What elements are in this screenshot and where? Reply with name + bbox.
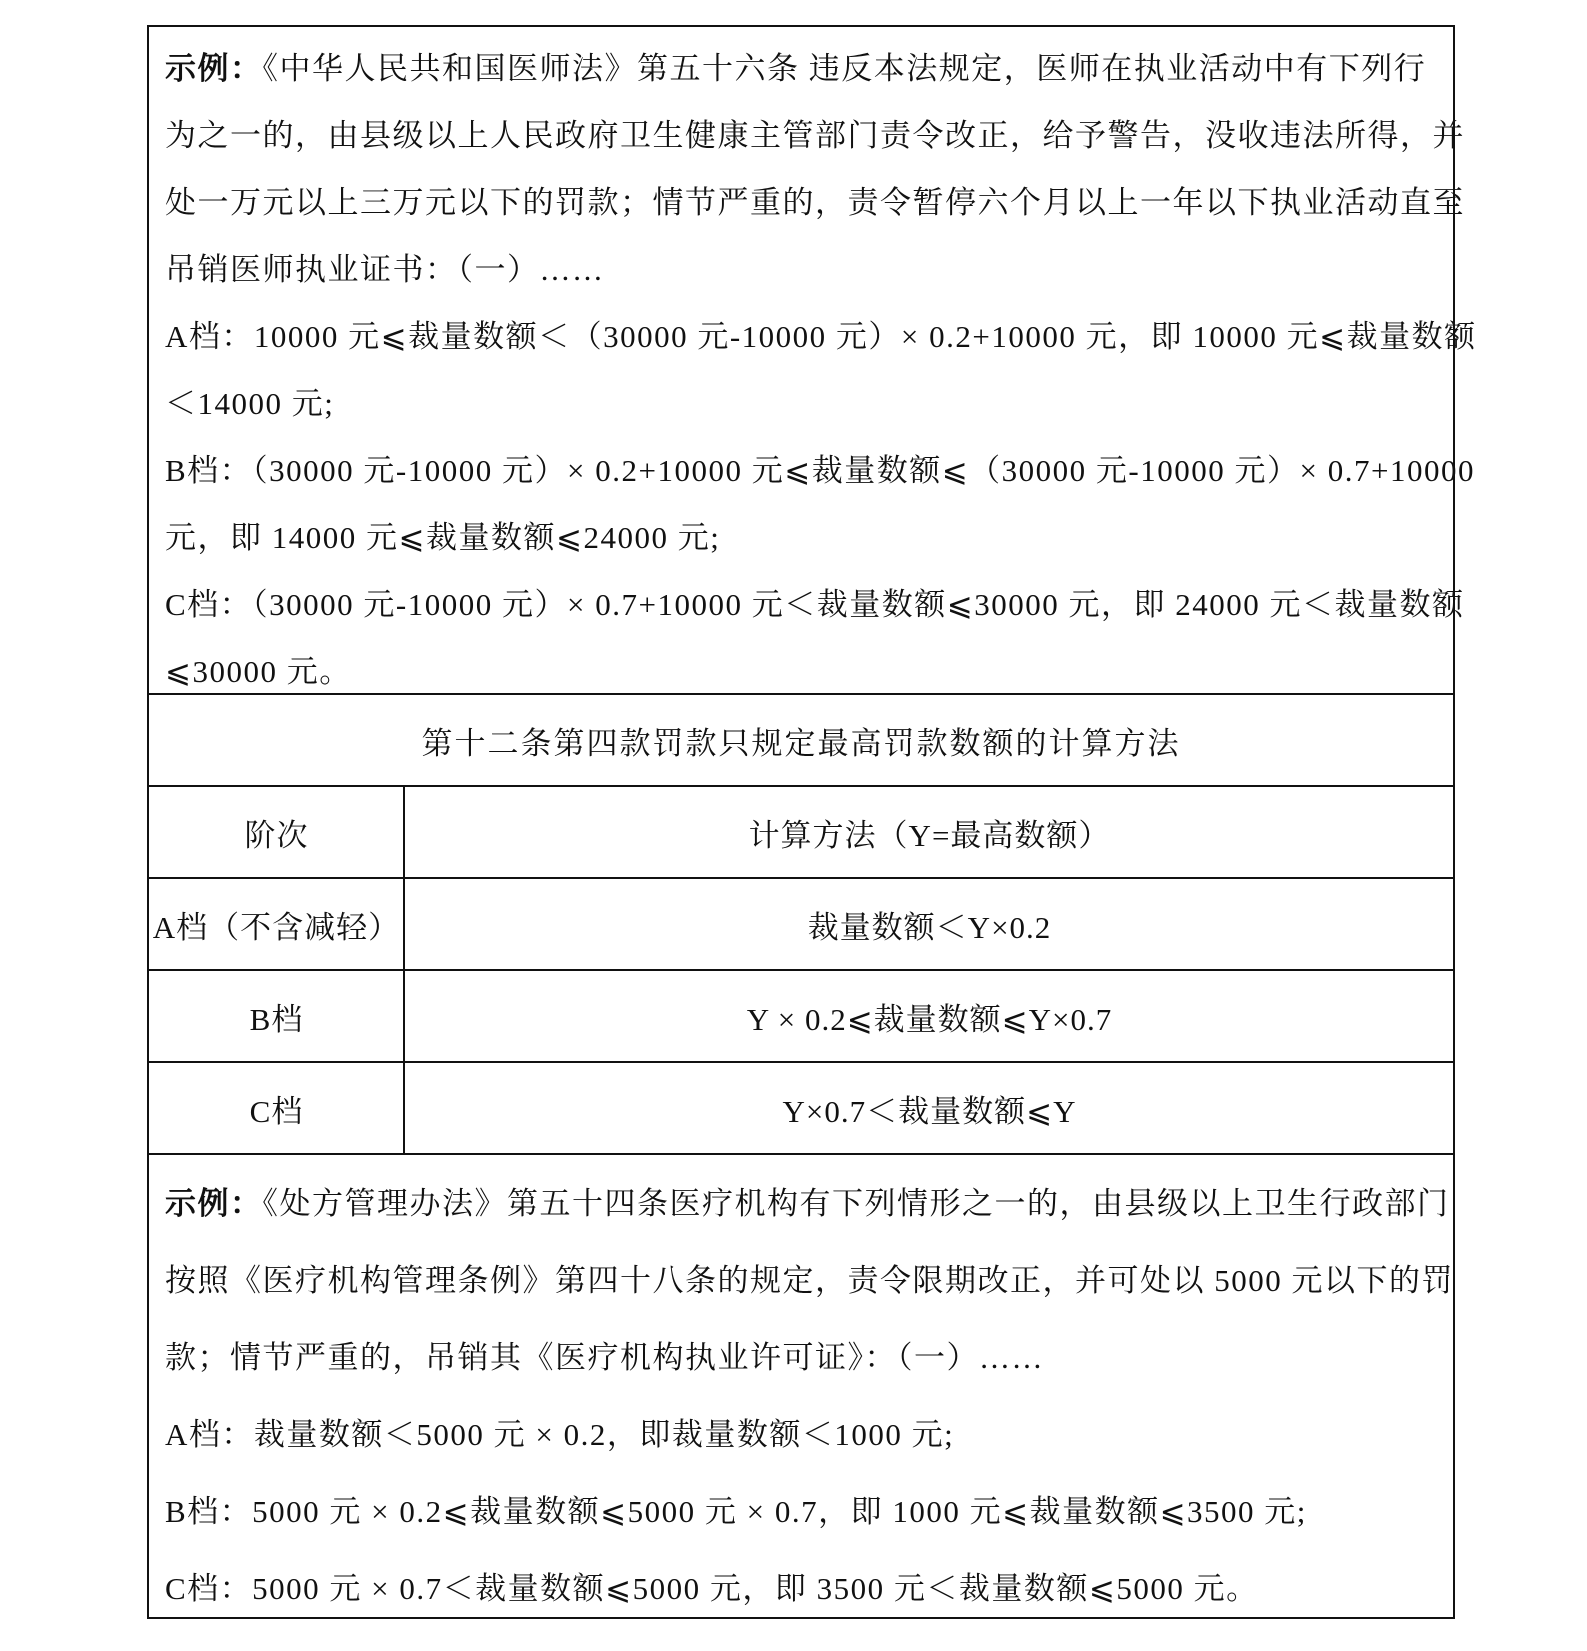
example-label: 示例：: [165, 51, 263, 86]
table-row-c-tier: C档: [149, 1063, 404, 1153]
example-2-tier-c: C档：5000 元 × 0.7＜裁量数额⩽5000 元，即 3500 元＜裁量数…: [165, 1550, 1439, 1627]
example-2-line: 按照《医疗机构管理条例》第四十八条的规定，责令限期改正，并可处以 5000 元以…: [165, 1242, 1439, 1319]
header-tier: 阶次: [149, 787, 404, 877]
divider: [149, 1153, 1453, 1155]
example-2-tier-a: A档：裁量数额＜5000 元 × 0.2，即裁量数额＜1000 元;: [165, 1396, 1439, 1473]
table-row-c-formula: Y×0.7＜裁量数额⩽Y: [406, 1063, 1453, 1153]
example-1-tier-b-cont: 元，即 14000 元⩽裁量数额⩽24000 元;: [165, 504, 1439, 571]
table-row-a-formula: 裁量数额＜Y×0.2: [406, 879, 1453, 969]
table-row-b-formula: Y × 0.2⩽裁量数额⩽Y×0.7: [406, 971, 1453, 1061]
column-divider: [403, 787, 405, 1155]
example-1-tier-c: C档：（30000 元-10000 元）× 0.7+10000 元＜裁量数额⩽3…: [165, 571, 1439, 638]
header-formula: 计算方法（Y=最高数额）: [406, 787, 1453, 877]
table-row-a-tier: A档（不含减轻）: [149, 879, 404, 969]
example-2-line: 示例：《处方管理办法》第五十四条医疗机构有下列情形之一的，由县级以上卫生行政部门: [165, 1165, 1439, 1242]
table-row-b-tier: B档: [149, 971, 404, 1061]
example-1-line: 为之一的，由县级以上人民政府卫生健康主管部门责令改正，给予警告，没收违法所得，并: [165, 102, 1439, 169]
example-2-line: 款；情节严重的，吊销其《医疗机构执业许可证》：（一）……: [165, 1319, 1439, 1396]
table-title: 第十二条第四款罚款只规定最高罚款数额的计算方法: [149, 695, 1453, 785]
example-1-line: 吊销医师执业证书：（一）……: [165, 236, 1439, 303]
example-1-tier-a-cont: ＜14000 元;: [165, 370, 1439, 437]
example-2-tier-b: B档：5000 元 × 0.2⩽裁量数额⩽5000 元 × 0.7，即 1000…: [165, 1473, 1439, 1550]
example-1-line: 处一万元以上三万元以下的罚款；情节严重的，责令暂停六个月以上一年以下执业活动直至: [165, 169, 1439, 236]
example-1-paragraph: 示例：《中华人民共和国医师法》第五十六条 违反本法规定，医师在执业活动中有下列行…: [165, 35, 1439, 705]
example-label: 示例：: [165, 1186, 263, 1221]
example-1-tier-a: A档：10000 元⩽裁量数额＜（30000 元-10000 元）× 0.2+1…: [165, 303, 1439, 370]
example-2-paragraph: 示例：《处方管理办法》第五十四条医疗机构有下列情形之一的，由县级以上卫生行政部门…: [165, 1165, 1439, 1627]
example-1-tier-b: B档：（30000 元-10000 元）× 0.2+10000 元⩽裁量数额⩽（…: [165, 437, 1439, 504]
penalty-table: 示例：《中华人民共和国医师法》第五十六条 违反本法规定，医师在执业活动中有下列行…: [147, 25, 1455, 1619]
example-1-line: 示例：《中华人民共和国医师法》第五十六条 违反本法规定，医师在执业活动中有下列行: [165, 35, 1439, 102]
